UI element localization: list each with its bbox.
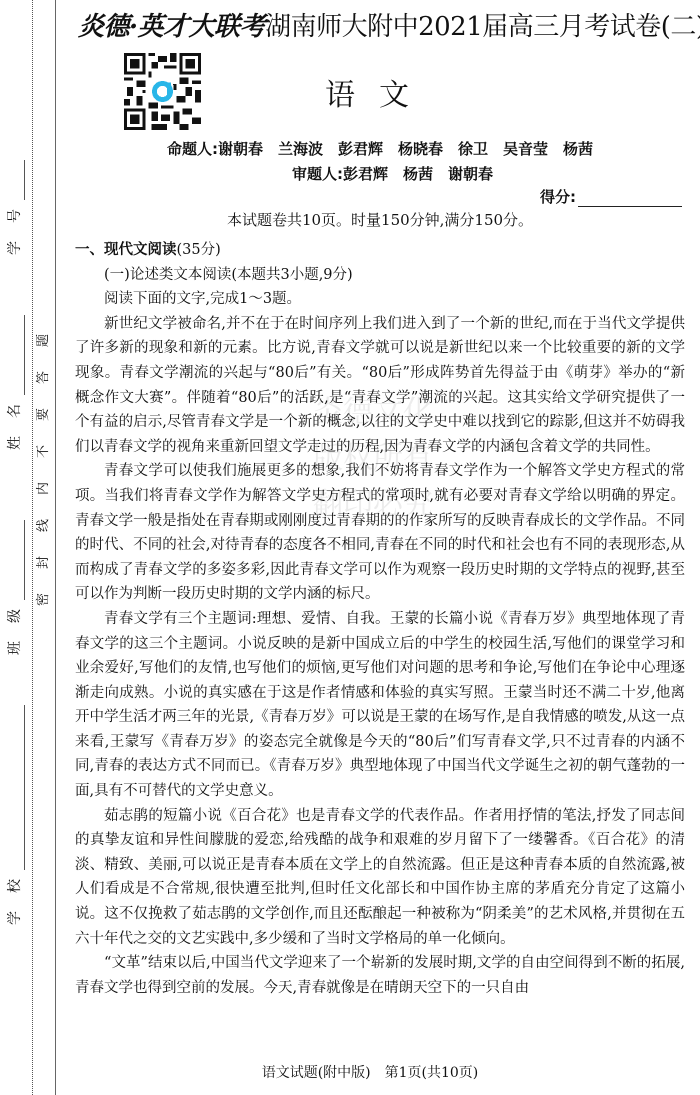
reviewers-names: 彭君辉 杨茜 谢朝春 — [343, 165, 493, 183]
exam-title-text: 湖南师大附中2021届高三月考试卷(二) — [265, 12, 700, 42]
class-field[interactable]: 级 班 — [4, 520, 26, 664]
field-underline — [24, 520, 25, 600]
section-heading: 一、现代文阅读(35分) — [75, 238, 685, 263]
reviewers-line: 审题人:彭君辉 杨茜 谢朝春 — [0, 163, 700, 184]
authors-label: 命题人: — [167, 140, 218, 158]
subsection-heading: (一)论述类文本阅读(本题共3小题,9分) — [75, 263, 685, 288]
authors-line: 命题人:谢朝春 兰海波 彭君辉 杨晓春 徐卫 吴音莹 杨茜 — [0, 138, 700, 159]
seal-char: 要 — [36, 408, 51, 421]
exam-notice: 本试题卷共10页。时量150分钟,满分150分。 — [0, 209, 700, 230]
seal-warning-text: 题 答 要 不 内 线 封 密 — [36, 322, 52, 618]
exam-title: 炎德·英才大联考湖南师大附中2021届高三月考试卷(二) — [78, 6, 698, 43]
field-label-char: 姓 — [7, 436, 23, 450]
reviewers-label: 审题人: — [292, 165, 343, 183]
section-score: (35分) — [177, 242, 221, 258]
authors-names: 谢朝春 兰海波 彭君辉 杨晓春 徐卫 吴音莹 杨茜 — [218, 140, 593, 158]
instruction: 阅读下面的文字,完成1～3题。 — [75, 287, 685, 312]
seal-char: 不 — [36, 445, 51, 458]
field-underline — [24, 315, 25, 395]
score-blank[interactable] — [578, 192, 682, 207]
score-label: 得分: — [540, 188, 576, 206]
page-footer: 语文试题(附中版) 第1页(共10页) — [0, 1062, 700, 1082]
seal-char: 答 — [36, 371, 51, 384]
field-underline — [24, 705, 25, 870]
seal-char: 题 — [36, 334, 51, 347]
paragraph: “文革”结束以后,中国当代文学迎来了一个崭新的发展时期,文学的自由空间得到不断的… — [75, 951, 685, 1000]
qr-code-icon[interactable] — [124, 53, 201, 130]
reading-section: 一、现代文阅读(35分) (一)论述类文本阅读(本题共3小题,9分) 阅读下面的… — [75, 238, 685, 1000]
paragraph: 新世纪文学被命名,并不在于在时间序列上我们进入到了一个新的世纪,而在于当代文学提… — [75, 312, 685, 460]
paragraph: 茹志鹃的短篇小说《百合花》也是青春文学的代表作品。作者用抒情的笔法,抒发了同志间… — [75, 804, 685, 952]
seal-char: 内 — [36, 482, 51, 495]
exam-brand: 炎德·英才大联考 — [78, 12, 265, 42]
school-field[interactable]: 校 学 — [4, 705, 26, 934]
field-label-char: 学 — [7, 911, 23, 925]
field-label-char: 班 — [7, 641, 23, 655]
seal-char: 密 — [36, 593, 51, 606]
field-label-char: 校 — [7, 879, 23, 893]
paragraph: 青春文学可以使我们施展更多的想象,我们不妨将青春文学作为一个解答文学史方程式的常… — [75, 459, 685, 607]
seal-char: 封 — [36, 556, 51, 569]
field-label-char: 级 — [7, 609, 23, 623]
paragraph: 青春文学有三个主题词:理想、爱情、自我。王蒙的长篇小说《青春万岁》典型地体现了青… — [75, 607, 685, 804]
section-title: 一、现代文阅读 — [75, 242, 177, 258]
field-label-char: 学 — [7, 241, 23, 255]
student-name-field[interactable]: 名 姓 — [4, 315, 26, 459]
field-label-char: 名 — [7, 404, 23, 418]
seal-char: 线 — [36, 519, 51, 532]
score-field: 得分: — [540, 186, 682, 207]
subject-title: 语文 — [325, 70, 433, 114]
